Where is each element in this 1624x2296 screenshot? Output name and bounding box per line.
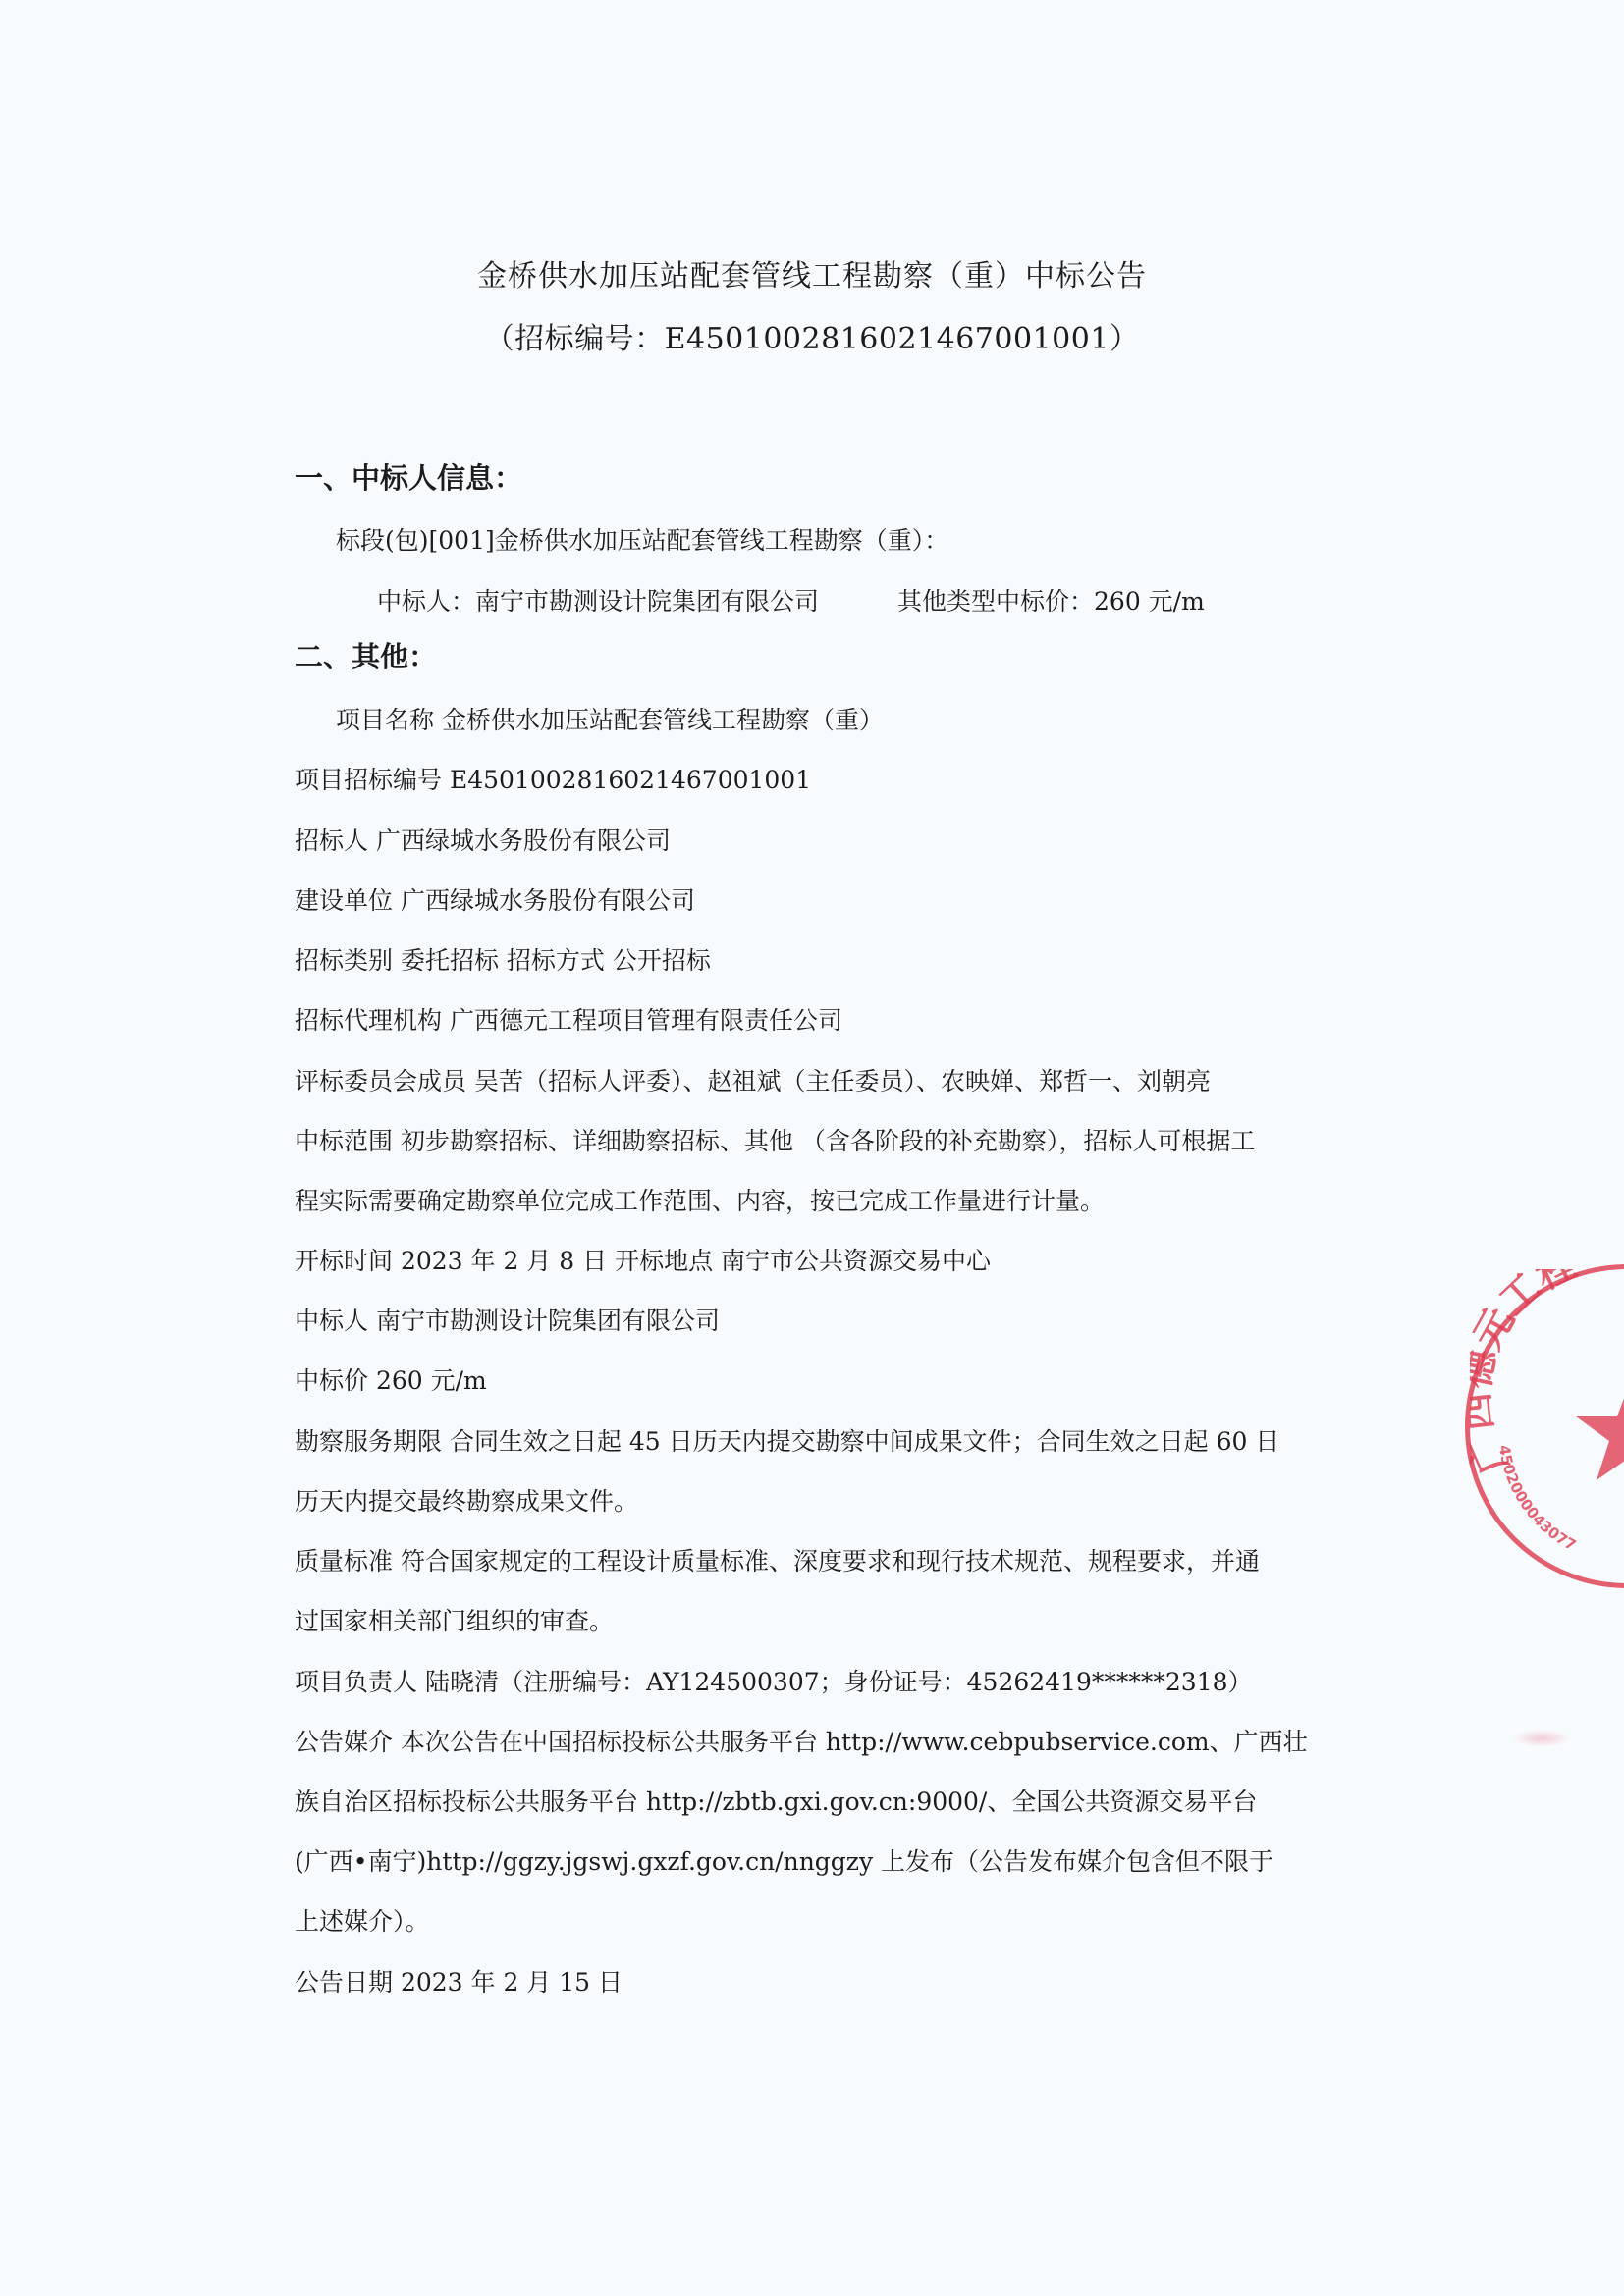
winner-label: 中标人：南宁市勘测设计院集团有限公司 (377, 587, 819, 615)
title-block: 金桥供水加压站配套管线工程勘察（重）中标公告 （招标编号：E4501002816… (0, 257, 1624, 359)
lot-line: 标段(包)[001]金桥供水加压站配套管线工程勘察（重）： (336, 524, 948, 558)
info-line-opening: 开标时间 2023 年 2 月 8 日 开标地点 南宁市公共资源交易中心 (295, 1245, 991, 1278)
info-line-tender-code: 项目招标编号 E4501002816021467001001 (295, 764, 811, 797)
info-line-agency: 招标代理机构 广西德元工程项目管理有限责任公司 (295, 1004, 842, 1038)
seal-star-icon: 广西德元工程 4502000043077 (1470, 1269, 1624, 1593)
svg-text:广西德元工程: 广西德元工程 (1470, 1269, 1584, 1480)
info-line-quality-1: 质量标准 符合国家规定的工程设计质量标准、深度要求和现行技术规范、规程要求，并通 (295, 1545, 1260, 1578)
info-line-project-name: 项目名称 金桥供水加压站配套管线工程勘察（重） (336, 704, 884, 737)
info-line-winner: 中标人 南宁市勘测设计院集团有限公司 (295, 1305, 720, 1338)
seal-number: 4502000043077 (1495, 1444, 1579, 1555)
info-line-period-1: 勘察服务期限 合同生效之日起 45 日历天内提交勘察中间成果文件；合同生效之日起… (295, 1425, 1279, 1459)
info-line-publish-date: 公告日期 2023 年 2 月 15 日 (295, 1966, 623, 2000)
svg-text:4502000043077: 4502000043077 (1495, 1444, 1579, 1555)
info-line-media-3: (广西•南宁)http://ggzy.jgswj.gxzf.gov.cn/nng… (295, 1845, 1273, 1879)
info-line-scope-2: 程实际需要确定勘察单位完成工作范围、内容，按已完成工作量进行计量。 (295, 1185, 1105, 1218)
seal-text: 广西德元工程 (1470, 1269, 1584, 1480)
document-title: 金桥供水加压站配套管线工程勘察（重）中标公告 (0, 257, 1624, 296)
info-line-media-2: 族自治区招标投标公共服务平台 http://zbtb.gxi.gov.cn:90… (295, 1786, 1257, 1819)
info-line-tender-type: 招标类别 委托招标 招标方式 公开招标 (295, 944, 711, 978)
section-heading-winner-info: 一、中标人信息： (295, 461, 522, 495)
official-seal: 广西德元工程 4502000043077 (1465, 1264, 1624, 1588)
document-page: 金桥供水加压站配套管线工程勘察（重）中标公告 （招标编号：E4501002816… (0, 0, 1624, 2296)
info-line-period-2: 历天内提交最终勘察成果文件。 (295, 1485, 638, 1519)
tender-number: （招标编号：E4501002816021467001001） (0, 320, 1624, 359)
price-label: 其他类型中标价：260 元/m (897, 587, 1205, 615)
info-line-media-1: 公告媒介 本次公告在中国招标投标公共服务平台 http://www.cebpub… (295, 1726, 1308, 1759)
info-line-price: 中标价 260 元/m (295, 1364, 487, 1398)
info-line-media-4: 上述媒介）。 (295, 1905, 430, 1939)
info-line-committee: 评标委员会成员 吴苦（招标人评委）、赵祖斌（主任委员）、农映婵、郑哲一、刘朝亮 (295, 1065, 1211, 1098)
info-line-quality-2: 过国家相关部门组织的审查。 (295, 1605, 614, 1638)
info-line-tenderer: 招标人 广西绿城水务股份有限公司 (295, 825, 671, 858)
section-heading-other: 二、其他： (295, 640, 437, 673)
info-line-project-lead: 项目负责人 陆晓清（注册编号：AY124500307；身份证号：45262419… (295, 1666, 1253, 1699)
info-line-builder: 建设单位 广西绿城水务股份有限公司 (295, 884, 695, 918)
info-line-scope-1: 中标范围 初步勘察招标、详细勘察招标、其他 （含各阶段的补充勘察），招标人可根据… (295, 1125, 1255, 1158)
ink-smudge (1512, 1730, 1571, 1747)
winner-price-line: 中标人：南宁市勘测设计院集团有限公司其他类型中标价：260 元/m (377, 585, 1205, 618)
